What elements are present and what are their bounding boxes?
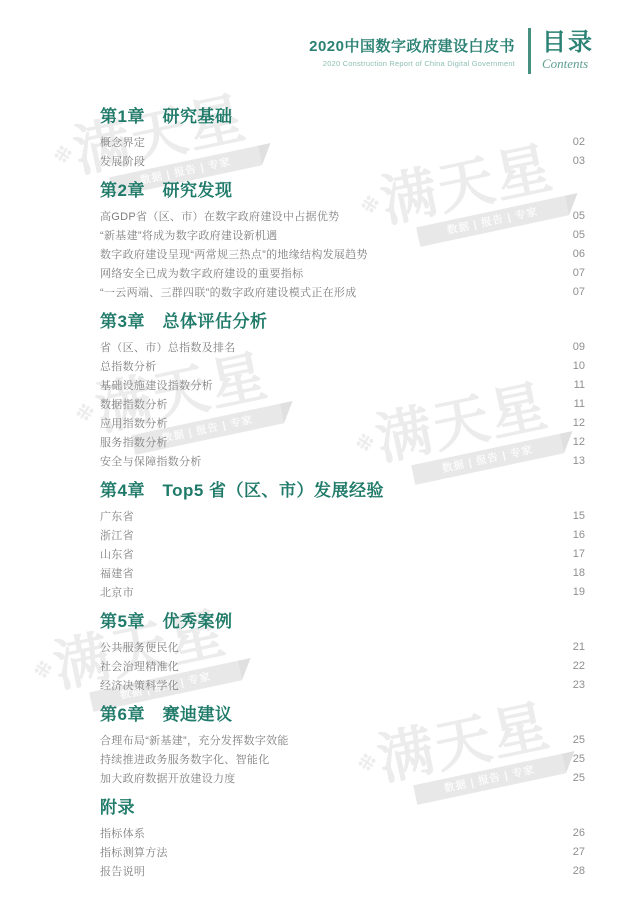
- toc-item: 公共服务便民化 21: [100, 637, 585, 656]
- toc-item: 安全与保障指数分析 13: [100, 451, 585, 470]
- toc-item-label: “一云两端、三群四联”的数字政府建设模式正在形成: [100, 284, 357, 300]
- toc-item-label: 经济决策科学化: [100, 677, 179, 693]
- toc-item: 福建省 18: [100, 563, 585, 582]
- toc-item: 省（区、市）总指数及排名 09: [100, 337, 585, 356]
- toc-item-page: 26: [573, 827, 585, 839]
- toc-item-page: 12: [573, 417, 585, 429]
- toc-item-page: 07: [573, 267, 585, 279]
- toc-item: 应用指数分析 12: [100, 413, 585, 432]
- report-subtitle: 2020 Construction Report of China Digita…: [309, 59, 515, 68]
- chapter-title: 第6章 赛迪建议: [100, 704, 585, 726]
- toc-item: 报告说明 28: [100, 861, 585, 880]
- toc-item: 持续推进政务服务数字化、智能化 25: [100, 749, 585, 768]
- toc-item-page: 17: [573, 548, 585, 560]
- toc-item-page: 12: [573, 436, 585, 448]
- toc-section-chapter1: 第1章 研究基础 概念界定 02 发展阶段 03: [100, 106, 585, 170]
- toc-section-appendix: 附录 指标体系 26 指标测算方法 27 报告说明 28: [100, 797, 585, 880]
- toc-item-label: 广东省: [100, 508, 134, 524]
- toc-item-page: 21: [573, 641, 585, 653]
- toc-item: 数字政府建设呈现“两常规三热点”的地缘结构发展趋势 06: [100, 244, 585, 263]
- toc-item-label: 指标测算方法: [100, 844, 168, 860]
- page-header: 2020中国数字政府建设白皮书 2020 Construction Report…: [309, 28, 594, 74]
- toc-item: 社会治理精准化 22: [100, 656, 585, 675]
- chapter-title: 第4章 Top5 省（区、市）发展经验: [100, 480, 585, 502]
- toc-item-page: 05: [573, 210, 585, 222]
- chapter-title: 附录: [100, 797, 585, 819]
- toc-item: 总指数分析 10: [100, 356, 585, 375]
- toc-item-page: 07: [573, 286, 585, 298]
- toc-item: 指标测算方法 27: [100, 842, 585, 861]
- toc-item: 网络安全已成为数字政府建设的重要指标 07: [100, 263, 585, 282]
- toc-item-page: 28: [573, 865, 585, 877]
- toc-item-page: 02: [573, 136, 585, 148]
- toc-section-chapter3: 第3章 总体评估分析 省（区、市）总指数及排名 09 总指数分析 10 基础设施…: [100, 311, 585, 470]
- toc-item: “一云两端、三群四联”的数字政府建设模式正在形成 07: [100, 282, 585, 301]
- toc-item-label: 发展阶段: [100, 153, 145, 169]
- toc-item-page: 25: [573, 772, 585, 784]
- toc-item: 指标体系 26: [100, 823, 585, 842]
- toc-item: 山东省 17: [100, 544, 585, 563]
- toc-item-page: 23: [573, 679, 585, 691]
- toc-item-page: 03: [573, 155, 585, 167]
- toc-item-label: 数字政府建设呈现“两常规三热点”的地缘结构发展趋势: [100, 246, 368, 262]
- toc-item: 数据指数分析 11: [100, 394, 585, 413]
- toc-item: 浙江省 16: [100, 525, 585, 544]
- toc-item-label: 报告说明: [100, 863, 145, 879]
- toc-item: 广东省 15: [100, 506, 585, 525]
- toc-item: “新基建”将成为数字政府建设新机遇 05: [100, 225, 585, 244]
- toc-item-label: 持续推进政务服务数字化、智能化: [100, 751, 270, 767]
- toc-item: 加大政府数据开放建设力度 25: [100, 768, 585, 787]
- toc-item-page: 10: [573, 360, 585, 372]
- toc-item-label: 浙江省: [100, 527, 134, 543]
- toc-item-label: 安全与保障指数分析: [100, 453, 202, 469]
- watermark-star-icon: ※: [51, 142, 75, 170]
- toc-item-label: 福建省: [100, 565, 134, 581]
- chapter-title: 第2章 研究发现: [100, 180, 585, 202]
- toc-section-chapter5: 第5章 优秀案例 公共服务便民化 21 社会治理精准化 22 经济决策科学化 2…: [100, 611, 585, 694]
- watermark-star-icon: ※: [31, 657, 55, 685]
- toc-heading: 目录: [542, 30, 594, 55]
- toc-item-page: 25: [573, 753, 585, 765]
- header-divider: [528, 28, 531, 74]
- toc-item-label: 合理布局“新基建”，充分发挥数字效能: [100, 732, 289, 748]
- toc-item-page: 13: [573, 455, 585, 467]
- toc-item: 北京市 19: [100, 582, 585, 601]
- toc-heading-english: Contents: [542, 56, 594, 72]
- toc-item-page: 27: [573, 846, 585, 858]
- toc-item: 经济决策科学化 23: [100, 675, 585, 694]
- toc-item: 概念界定 02: [100, 132, 585, 151]
- toc-item: 服务指数分析 12: [100, 432, 585, 451]
- toc-item: 基础设施建设指数分析 11: [100, 375, 585, 394]
- toc-item-page: 19: [573, 586, 585, 598]
- toc-item-page: 11: [574, 398, 585, 410]
- toc-item-label: “新基建”将成为数字政府建设新机遇: [100, 227, 277, 243]
- chapter-title: 第1章 研究基础: [100, 106, 585, 128]
- toc-item-page: 22: [573, 660, 585, 672]
- toc-section-chapter6: 第6章 赛迪建议 合理布局“新基建”，充分发挥数字效能 25 持续推进政务服务数…: [100, 704, 585, 787]
- watermark-star-icon: ※: [73, 400, 97, 428]
- toc-item-label: 数据指数分析: [100, 396, 168, 412]
- toc-item-label: 概念界定: [100, 134, 145, 150]
- toc-item-label: 基础设施建设指数分析: [100, 377, 213, 393]
- toc-item-label: 网络安全已成为数字政府建设的重要指标: [100, 265, 303, 281]
- toc-item-page: 06: [573, 248, 585, 260]
- toc-item-page: 09: [573, 341, 585, 353]
- toc-item: 发展阶段 03: [100, 151, 585, 170]
- toc-item-label: 总指数分析: [100, 358, 157, 374]
- toc-item-page: 11: [574, 379, 585, 391]
- toc-item-label: 省（区、市）总指数及排名: [100, 339, 236, 355]
- toc-item: 合理布局“新基建”，充分发挥数字效能 25: [100, 730, 585, 749]
- toc-item-label: 公共服务便民化: [100, 639, 179, 655]
- chapter-title: 第5章 优秀案例: [100, 611, 585, 633]
- toc-item-label: 北京市: [100, 584, 134, 600]
- report-title: 2020中国数字政府建设白皮书: [309, 35, 515, 56]
- table-of-contents: 第1章 研究基础 概念界定 02 发展阶段 03 第2章 研究发现 高GDP省（…: [100, 96, 585, 880]
- toc-item-label: 应用指数分析: [100, 415, 168, 431]
- chapter-title: 第3章 总体评估分析: [100, 311, 585, 333]
- toc-section-chapter2: 第2章 研究发现 高GDP省（区、市）在数字政府建设中占据优势 05 “新基建”…: [100, 180, 585, 301]
- toc-item-label: 山东省: [100, 546, 134, 562]
- toc-section-chapter4: 第4章 Top5 省（区、市）发展经验 广东省 15 浙江省 16 山东省 17…: [100, 480, 585, 601]
- toc-item-label: 社会治理精准化: [100, 658, 179, 674]
- toc-item-label: 服务指数分析: [100, 434, 168, 450]
- toc-item-page: 16: [573, 529, 585, 541]
- toc-item-page: 15: [573, 510, 585, 522]
- toc-item-label: 指标体系: [100, 825, 145, 841]
- toc-item-page: 18: [573, 567, 585, 579]
- toc-item-page: 25: [573, 734, 585, 746]
- toc-item-label: 加大政府数据开放建设力度: [100, 770, 236, 786]
- toc-item: 高GDP省（区、市）在数字政府建设中占据优势 05: [100, 206, 585, 225]
- toc-item-page: 05: [573, 229, 585, 241]
- toc-item-label: 高GDP省（区、市）在数字政府建设中占据优势: [100, 208, 339, 224]
